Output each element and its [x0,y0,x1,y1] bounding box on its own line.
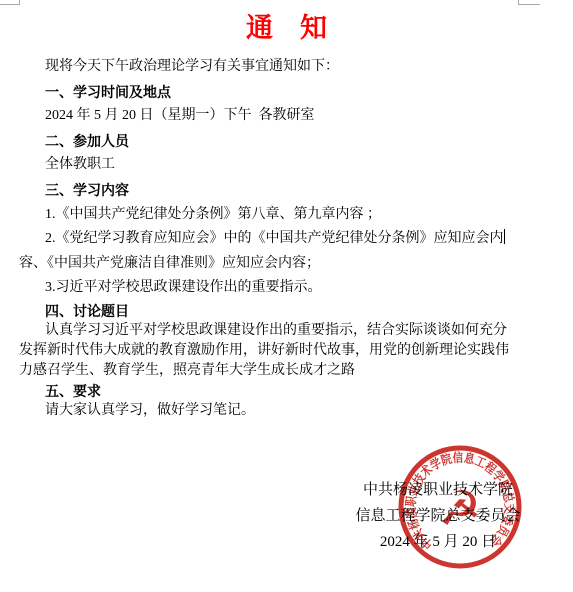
notice-title[interactable]: 通 知 [0,6,573,45]
signature-block[interactable]: 中共杨凌职业技术学院 信息工程学院总支委员会 2024 年 5 月 20 日 [348,477,528,555]
body-text-line[interactable]: 发挥新时代伟大成就的教育激励作用，讲好新时代故事，用党的创新理论实践伟 [19,341,538,361]
text-boundary-mark-top-right [518,0,540,5]
text-cursor [504,229,505,244]
body-text-line[interactable]: 全体教职工 [19,153,538,178]
notice-body[interactable]: 现将今天下午政治理论学习有关事宜通知如下：一、学习时间及地点2024 年 5 月… [19,55,538,421]
body-heading-line[interactable]: 二、参加人员 [19,129,538,154]
body-text-line[interactable]: 认真学习习近平对学校思政课建设作出的重要指示，结合实际谈谈如何充分 [19,321,538,341]
text-boundary-mark-top-left [0,0,20,5]
body-text-line[interactable]: 3.习近平对学校思政课建设作出的重要指示。 [19,276,538,301]
signature-org-line-2[interactable]: 信息工程学院总支委员会 [348,503,528,529]
body-heading-line[interactable]: 五、要求 [19,381,538,401]
document-page[interactable]: 通 知 现将今天下午政治理论学习有关事宜通知如下：一、学习时间及地点2024 年… [0,0,573,592]
body-heading-line[interactable]: 四、讨论题目 [19,301,538,321]
body-text-line[interactable]: 力感召学生、教育学生，照亮青年大学生成长成才之路 [19,361,538,381]
body-text-line[interactable]: 1.《中国共产党纪律处分条例》第八章、第九章内容 ； [19,203,538,228]
body-text-line[interactable]: 现将今天下午政治理论学习有关事宜通知如下： [19,55,538,80]
body-text-line[interactable]: 容、《中国共产党廉洁自律准则》应知应会内容； [19,252,538,277]
signature-date[interactable]: 2024 年 5 月 20 日 [348,529,528,555]
signature-org-line-1[interactable]: 中共杨凌职业技术学院 [348,477,528,503]
body-text-line[interactable]: 2024 年 5 月 20 日（星期一）下午 各教研室 [19,104,538,129]
body-text-line[interactable]: 请大家认真学习，做好学习笔记。 [19,401,538,421]
body-text-line[interactable]: 2.《党纪学习教育应知应会》中的《中国共产党纪律处分条例》应知应会内 [19,227,538,252]
body-heading-line[interactable]: 三、学习内容 [19,178,538,203]
body-heading-line[interactable]: 一、学习时间及地点 [19,80,538,105]
